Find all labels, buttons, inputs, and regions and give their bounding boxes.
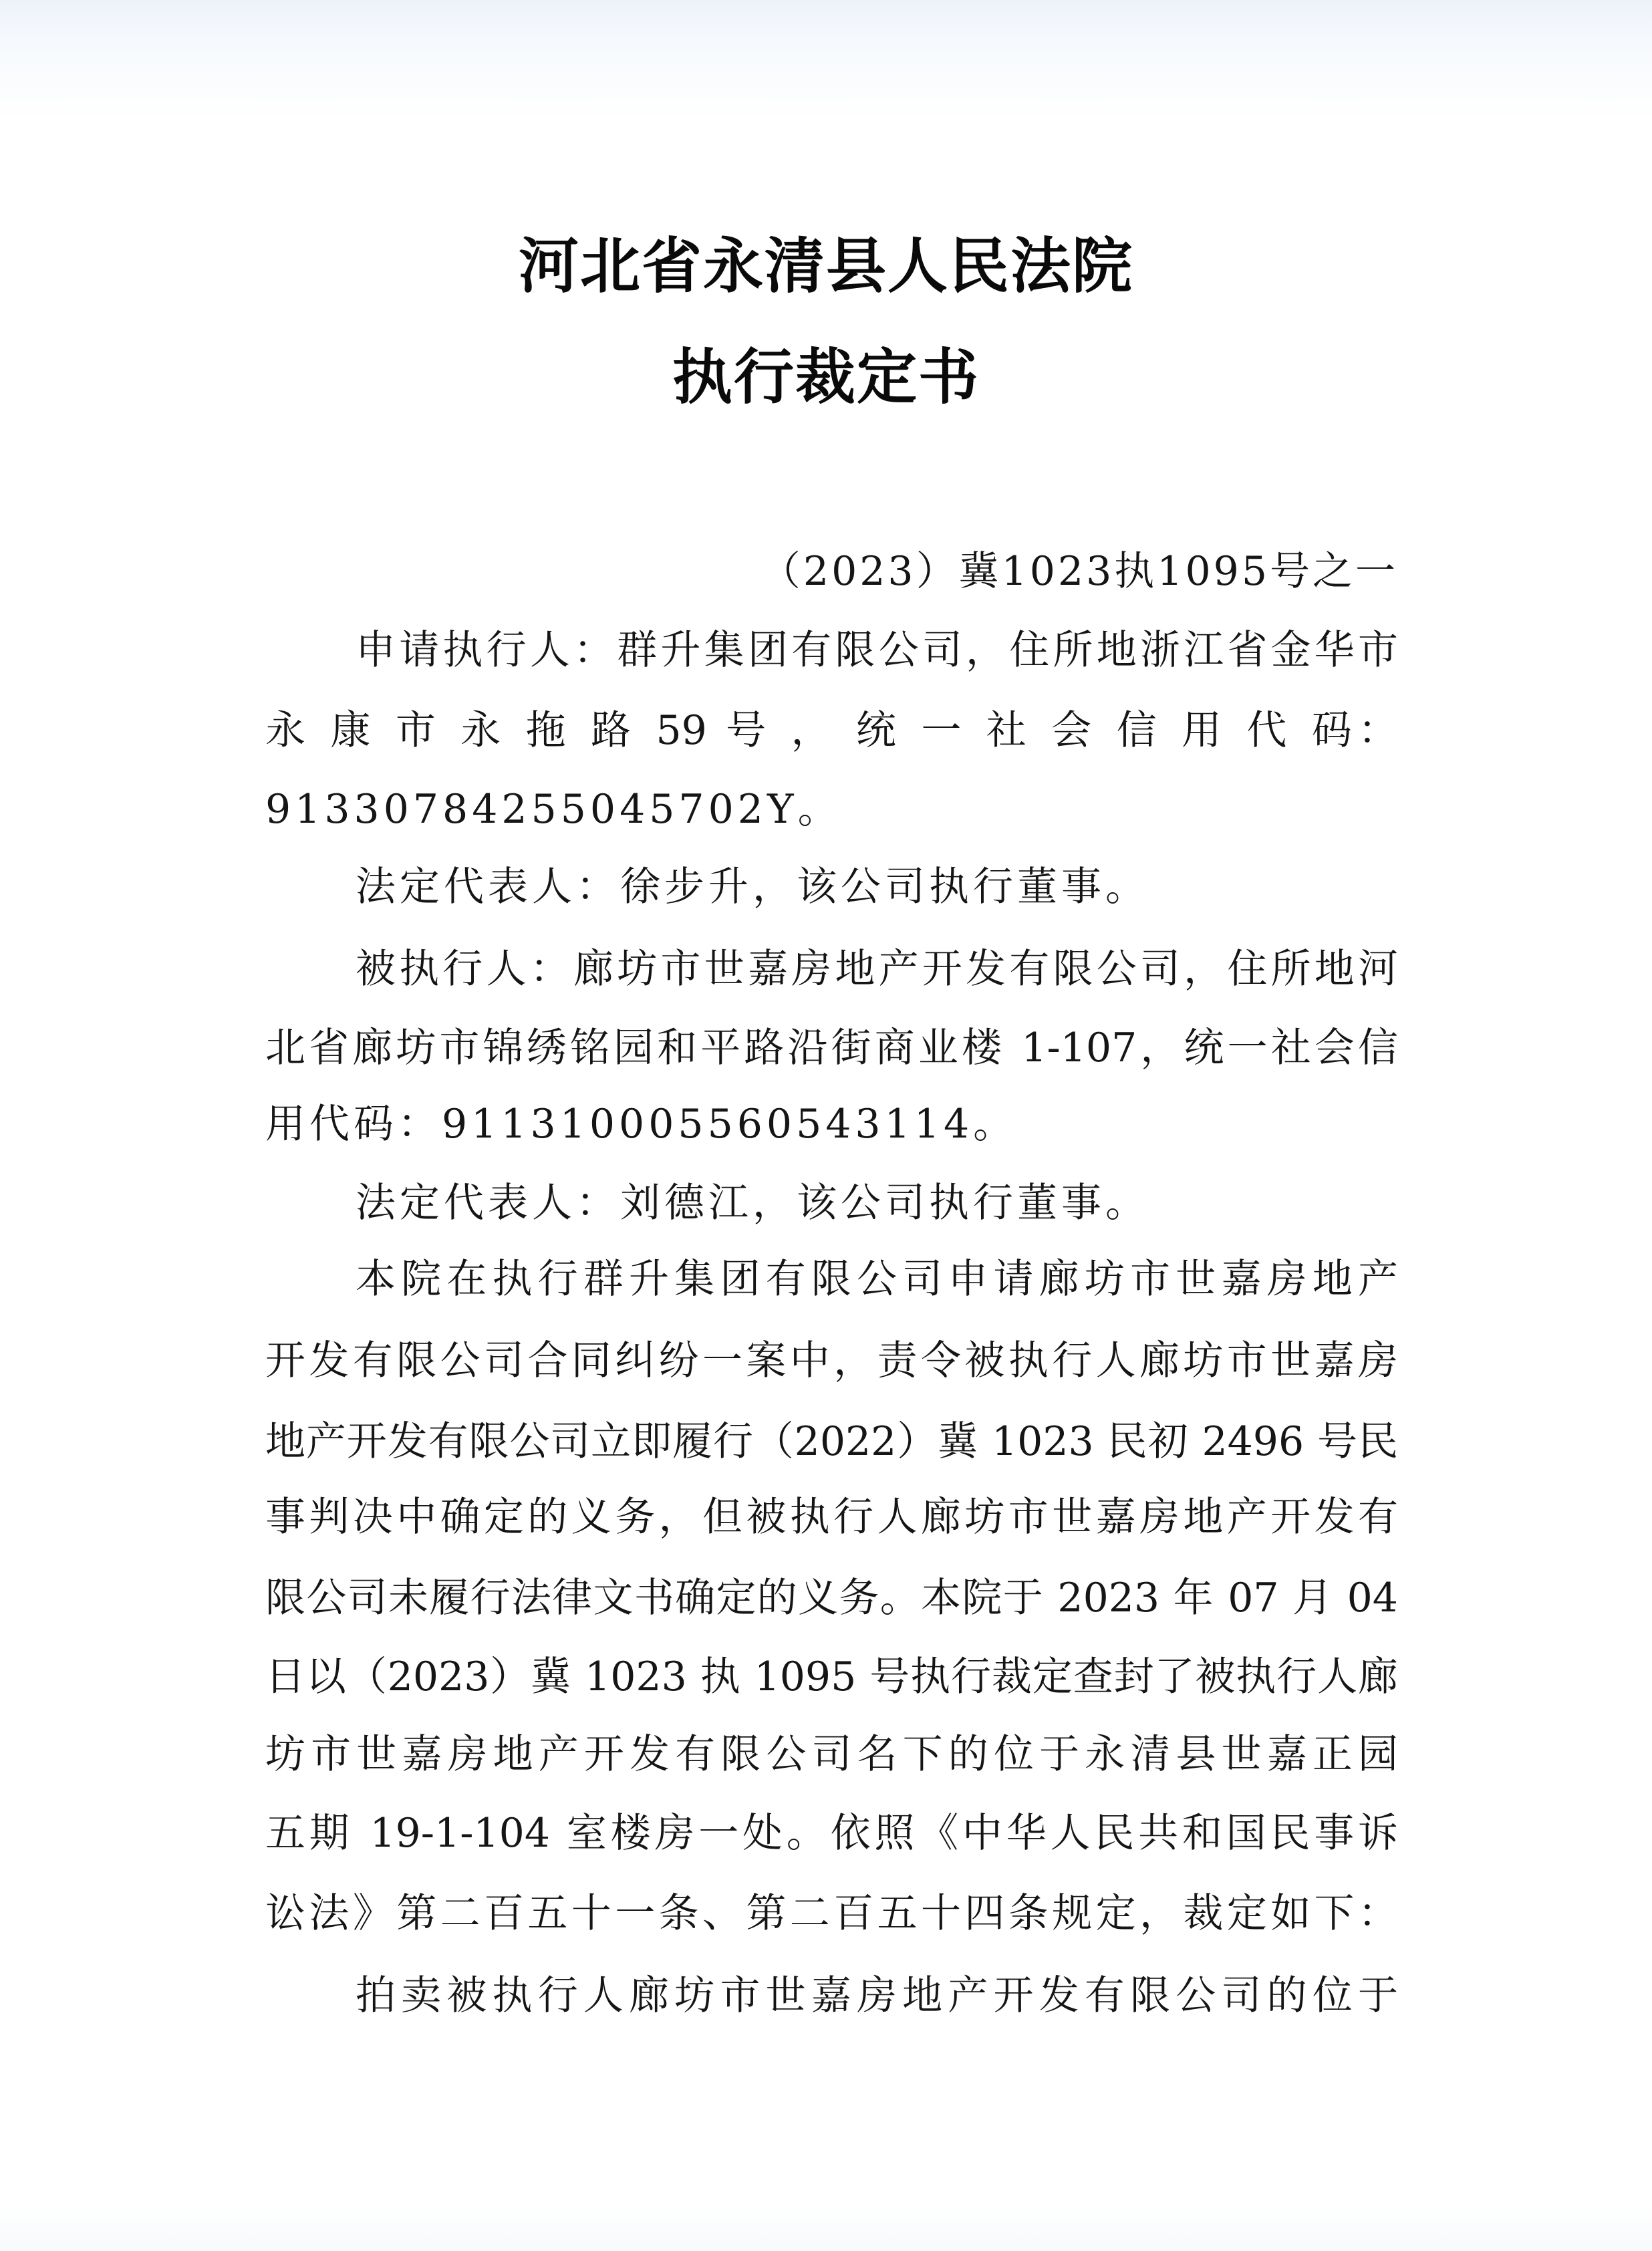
respondent-legal-rep: 法定代表人：刘德江，该公司执行董事。: [356, 1176, 1398, 1230]
respondent-credit-code: 用代码：911310005560543114。: [265, 1097, 1398, 1151]
body-paragraph-line-4: 事判决中确定的义务，但被执行人廊坊市世嘉房地产开发有: [265, 1490, 1398, 1544]
body-paragraph-line-2: 开发有限公司合同纠纷一案中，责令被执行人廊坊市世嘉房: [265, 1334, 1398, 1387]
body-paragraph-line-9: 讼法》第二百五十一条、第二百五十四条规定，裁定如下：: [265, 1887, 1398, 1940]
body-paragraph-line-7: 坊市世嘉房地产开发有限公司名下的位于永清县世嘉正园: [265, 1728, 1398, 1781]
body-paragraph-line-1: 本院在执行群升集团有限公司申请廊坊市世嘉房地产: [356, 1252, 1398, 1306]
case-number: （2023）冀1023执1095号之一: [265, 545, 1398, 598]
respondent-line-1: 被执行人：廊坊市世嘉房地产开发有限公司，住所地河: [356, 942, 1398, 996]
ruling-line-1: 拍卖被执行人廊坊市世嘉房地产开发有限公司的位于: [356, 1969, 1398, 2022]
body-paragraph-line-5: 限公司未履行法律文书确定的义务。本院于 2023 年 07 月 04: [265, 1571, 1398, 1625]
applicant-line-2: 永 康 市 永 拖 路 59 号 ， 统 一 社 会 信 用 代 码：: [265, 704, 1398, 757]
court-name-title: 河北省永清县人民法院: [0, 233, 1652, 299]
applicant-legal-rep: 法定代表人：徐步升，该公司执行董事。: [356, 860, 1398, 914]
applicant-credit-code: 91330784255045702Y。: [265, 783, 1398, 836]
applicant-line-1: 申请执行人：群升集团有限公司，住所地浙江省金华市: [356, 624, 1398, 677]
body-paragraph-line-3: 地产开发有限公司立即履行（2022）冀 1023 民初 2496 号民: [265, 1415, 1398, 1468]
body-paragraph-line-8: 五期 19-1-104 室楼房一处。依照《中华人民共和国民事诉: [265, 1807, 1398, 1860]
body-paragraph-line-6: 日以（2023）冀 1023 执 1095 号执行裁定查封了被执行人廊: [265, 1650, 1398, 1704]
respondent-line-2: 北省廊坊市锦绣铭园和平路沿街商业楼 1-107，统一社会信: [265, 1021, 1398, 1075]
document-type-title: 执行裁定书: [0, 344, 1652, 410]
